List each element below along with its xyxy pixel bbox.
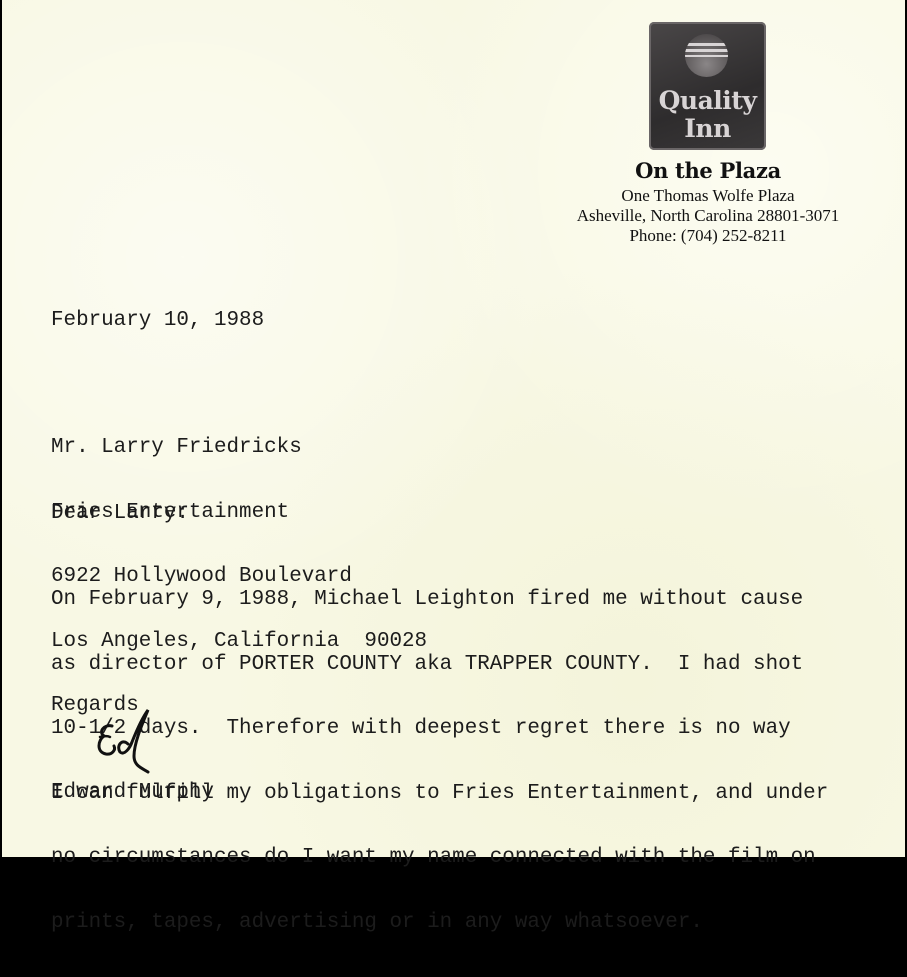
hotel-street: One Thomas Wolfe Plaza xyxy=(550,186,866,206)
recipient-name: Mr. Larry Friedricks xyxy=(51,437,427,459)
logo-text-quality: Quality xyxy=(649,86,766,115)
body-line: no circumstances do I want my name conne… xyxy=(51,847,828,859)
sphere-logo-icon xyxy=(685,34,728,77)
body-line: On February 9, 1988, Michael Leighton fi… xyxy=(51,589,828,611)
quality-inn-logo: Quality Inn xyxy=(649,22,766,150)
hotel-name: On the Plaza xyxy=(550,156,866,186)
letter-date: February 10, 1988 xyxy=(51,310,264,332)
signer-name: Edward Murphy xyxy=(51,782,214,804)
hotel-phone: Phone: (704) 252-8211 xyxy=(550,226,866,246)
letter-page: Quality Inn On the Plaza One Thomas Wolf… xyxy=(2,0,905,857)
body-line: as director of PORTER COUNTY aka TRAPPER… xyxy=(51,654,828,676)
logo-text-inn: Inn xyxy=(649,114,766,143)
body-line: 10-1/2 days. Therefore with deepest regr… xyxy=(51,718,828,740)
letter-body: On February 9, 1988, Michael Leighton fi… xyxy=(51,546,828,859)
hotel-city: Asheville, North Carolina 28801-3071 xyxy=(550,206,866,226)
salutation: Dear Larry: xyxy=(51,503,189,525)
letterhead-address-block: On the Plaza One Thomas Wolfe Plaza Ashe… xyxy=(550,156,866,246)
handwritten-signature-icon xyxy=(90,706,160,776)
